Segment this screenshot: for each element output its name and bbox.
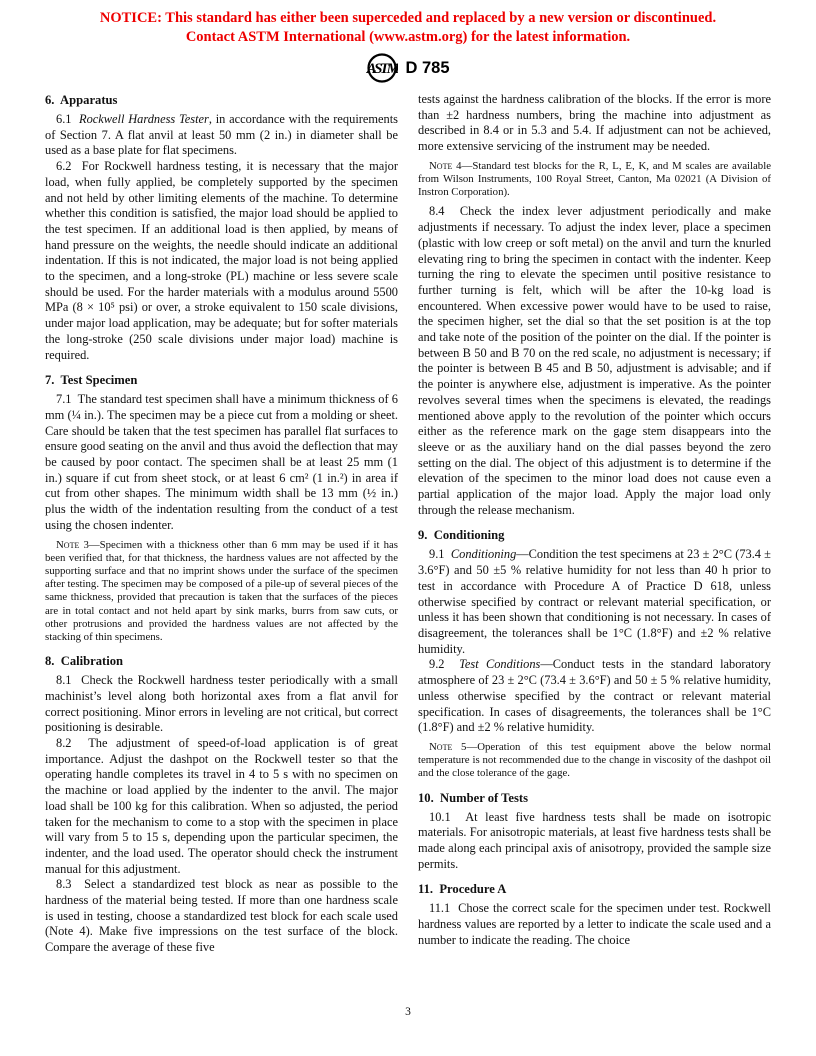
section-heading: 8. Calibration [45,653,398,669]
page-number: 3 [0,1006,816,1018]
svg-text:ASTM: ASTM [366,61,398,77]
discontinuation-notice: NOTICE: This standard has either been su… [0,9,816,47]
section-heading: 9. Conditioning [418,527,771,543]
section-heading: 7. Test Specimen [45,372,398,388]
document-header: ASTM D 785 [0,52,816,84]
body-paragraph: 9.1 Conditioning—Condition the test spec… [418,547,771,657]
body-paragraph: 8.4 Check the index lever adjustment per… [418,204,771,518]
body-paragraph: 11.1 Chose the correct scale for the spe… [418,901,771,948]
body-paragraph: 6.1 Rockwell Hardness Tester, in accorda… [45,112,398,159]
two-column-body: 6. Apparatus6.1 Rockwell Hardness Tester… [45,92,771,956]
notice-line-2: Contact ASTM International (www.astm.org… [0,28,816,47]
left-column: 6. Apparatus6.1 Rockwell Hardness Tester… [45,92,398,956]
body-paragraph: 6.2 For Rockwell hardness testing, it is… [45,159,398,363]
body-paragraph: 8.1 Check the Rockwell hardness tester p… [45,673,398,736]
section-heading: 11. Procedure A [418,881,771,897]
note-paragraph: Note 5—Operation of this test equipment … [418,741,771,781]
body-paragraph: 7.1 The standard test specimen shall hav… [45,392,398,533]
astm-logo-icon: ASTM [366,52,398,84]
standard-designation: D 785 [405,59,449,78]
section-heading: 10. Number of Tests [418,790,771,806]
body-paragraph: 9.2 Test Conditions—Conduct tests in the… [418,657,771,736]
body-paragraph: 8.3 Select a standardized test block as … [45,877,398,956]
body-paragraph: tests against the hardness calibration o… [418,92,771,155]
note-paragraph: Note 4—Standard test blocks for the R, L… [418,160,771,200]
section-heading: 6. Apparatus [45,92,398,108]
document-page: NOTICE: This standard has either been su… [0,0,816,1056]
note-paragraph: Note 3—Specimen with a thickness other t… [45,539,398,645]
body-paragraph: 10.1 At least five hardness tests shall … [418,810,771,873]
notice-line-1: NOTICE: This standard has either been su… [0,9,816,28]
body-paragraph: 8.2 The adjustment of speed-of-load appl… [45,736,398,877]
right-column: tests against the hardness calibration o… [418,92,771,956]
